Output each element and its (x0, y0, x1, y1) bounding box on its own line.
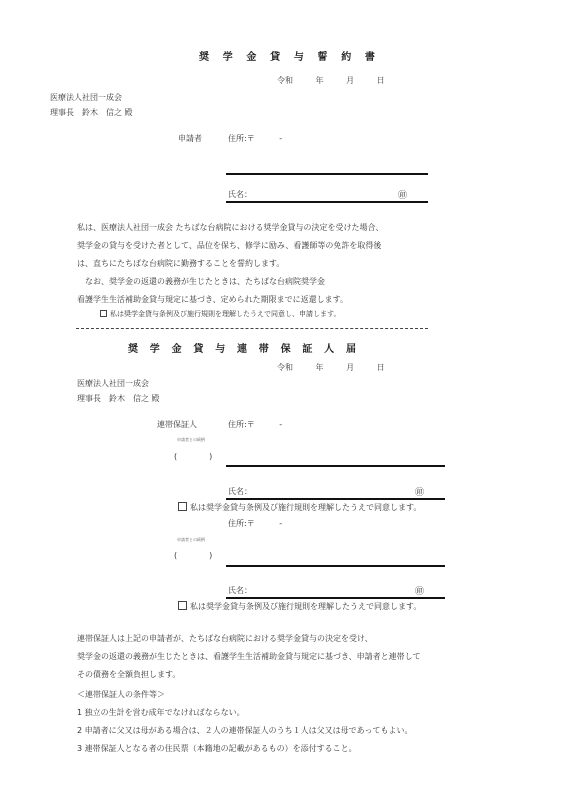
address-label: 住所:〒 (228, 134, 255, 143)
guarantor-2-name-field[interactable]: 氏名： ㊞ (228, 585, 443, 596)
pledge-title: 奨 学 金 貸 与 誓 約 書 (199, 48, 375, 63)
postal-dash: - (279, 420, 282, 429)
guarantor-conditions: ＜連帯保証人の条件等＞ 1 独立の生計を営む成年でなければならない。 2 申請者… (77, 686, 413, 758)
name-label: 氏名： (228, 487, 252, 496)
date-era: 令和 (277, 76, 293, 85)
seal-icon: ㊞ (415, 584, 424, 597)
condition-item: 1 独立の生計を営む成年でなければならない。 (77, 704, 413, 722)
guarantor-2-agreement-checkbox[interactable]: 私は奨学金貸与条例及び施行規則を理解したうえで同意します。 (178, 601, 421, 612)
guarantor-2-relation-field[interactable]: ( ) (174, 550, 212, 561)
postal-dash: - (279, 134, 282, 143)
guarantor-body: 連帯保証人は上記の申請者が、たちばな台病院における奨学金貸与の決定を受け、 奨学… (77, 630, 421, 684)
name-line (226, 201, 428, 203)
date-year-field[interactable]: 年 (316, 76, 324, 85)
name-label: 氏名： (228, 190, 252, 199)
date-year-field[interactable]: 年 (316, 363, 324, 372)
address-label: 住所:〒 (228, 420, 255, 429)
pledge-body: 私は、医療法人社団一成会 たちばな台病院における奨学金貸与の決定を受けた場合、 … (77, 219, 384, 309)
name-line (226, 498, 445, 500)
date-month-field[interactable]: 月 (346, 363, 354, 372)
checkbox-icon[interactable] (178, 502, 187, 511)
condition-item: 3 連帯保証人となる者の住民票（本籍地の記載があるもの）を添付すること。 (77, 740, 413, 758)
seal-icon: ㊞ (415, 485, 424, 498)
guarantor-label: 連帯保証人 (157, 419, 197, 430)
pledge-date: 令和 年 月 日 (277, 75, 385, 86)
guarantor-title: 奨 学 金 貸 与 連 帯 保 証 人 届 (128, 340, 356, 355)
applicant-name-field[interactable]: 氏名： ㊞ (228, 189, 428, 200)
cut-line-divider (76, 328, 428, 329)
relation-label: 申請者との続柄 (177, 437, 205, 443)
postal-dash: - (279, 519, 282, 528)
checkbox-icon[interactable] (100, 310, 107, 317)
address-line (226, 173, 428, 175)
applicant-label: 申請者 (178, 133, 202, 144)
date-era: 令和 (277, 363, 293, 372)
condition-item: 2 申請者に父又は母がある場合は、２人の連帯保証人のうち１人は父又は母であっても… (77, 722, 413, 740)
guarantor-1-agreement-checkbox[interactable]: 私は奨学金貸与条例及び施行規則を理解したうえで同意します。 (178, 502, 421, 513)
guarantor-1-name-field[interactable]: 氏名： ㊞ (228, 486, 443, 497)
applicant-address-field[interactable]: 住所:〒 - (228, 133, 282, 144)
date-day-field[interactable]: 日 (377, 76, 385, 85)
recipient-org: 医療法人社団一成会 (50, 92, 122, 103)
recipient-person: 理事長 鈴木 信之 殿 (50, 107, 133, 118)
address-line (226, 565, 445, 567)
name-line (226, 597, 445, 599)
address-label: 住所:〒 (228, 519, 255, 528)
checkbox-icon[interactable] (178, 601, 187, 610)
guarantor-1-relation-field[interactable]: ( ) (174, 451, 212, 462)
seal-icon: ㊞ (398, 188, 407, 201)
guarantor-2-address-field[interactable]: 住所:〒 - (228, 518, 282, 529)
name-label: 氏名： (228, 586, 252, 595)
date-month-field[interactable]: 月 (346, 76, 354, 85)
guarantor-date: 令和 年 月 日 (277, 362, 385, 373)
conditions-heading: ＜連帯保証人の条件等＞ (77, 686, 413, 704)
recipient-person: 理事長 鈴木 信之 殿 (77, 393, 160, 404)
address-line (226, 465, 445, 467)
date-day-field[interactable]: 日 (377, 363, 385, 372)
guarantor-1-address-field[interactable]: 住所:〒 - (228, 419, 282, 430)
relation-label: 申請者との続柄 (177, 537, 205, 543)
pledge-agreement-checkbox[interactable]: 私は奨学金貸与条例及び施行規則を理解したうえで同意し、申請します。 (100, 309, 340, 319)
recipient-org: 医療法人社団一成会 (77, 378, 149, 389)
